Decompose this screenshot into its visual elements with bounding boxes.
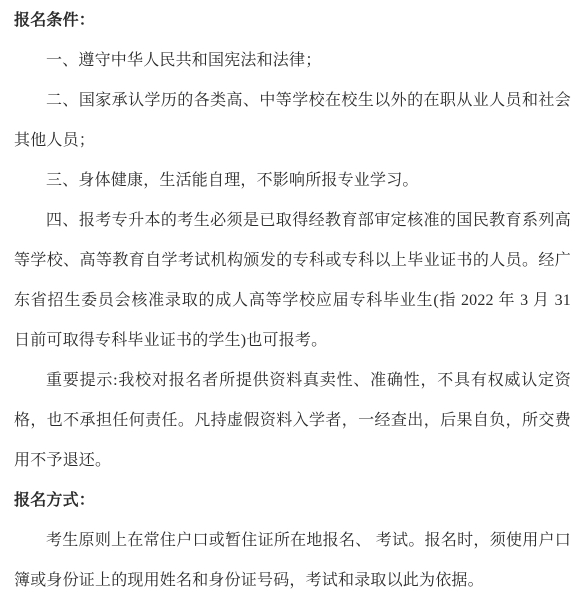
registration-method-heading: 报名方式：	[14, 481, 571, 521]
condition-4: 四、报考专升本的考生必须是已取得经教育部审定核准的国民教育系列高等学校、高等教育…	[14, 201, 571, 361]
registration-conditions-heading: 报名条件：	[14, 1, 571, 41]
document-page: 报名条件：一、遵守中华人民共和国宪法和法律；二、国家承认学历的各类高、中等学校在…	[0, 0, 585, 605]
document-content: 报名条件：一、遵守中华人民共和国宪法和法律；二、国家承认学历的各类高、中等学校在…	[14, 1, 571, 601]
important-notice: 重要提示:我校对报名者所提供资料真卖性、准确性，不具有权威认定资格，也不承担任何…	[14, 361, 571, 481]
condition-3: 三、身体健康，生活能自理，不影响所报专业学习。	[14, 161, 571, 201]
method-paragraph: 考生原则上在常住户口或暂住证所在地报名、 考试。报名时，须使用户口簿或身份证上的…	[14, 521, 571, 601]
condition-2: 二、国家承认学历的各类高、中等学校在校生以外的在职从业人员和社会其他人员；	[14, 81, 571, 161]
condition-1: 一、遵守中华人民共和国宪法和法律；	[14, 41, 571, 81]
